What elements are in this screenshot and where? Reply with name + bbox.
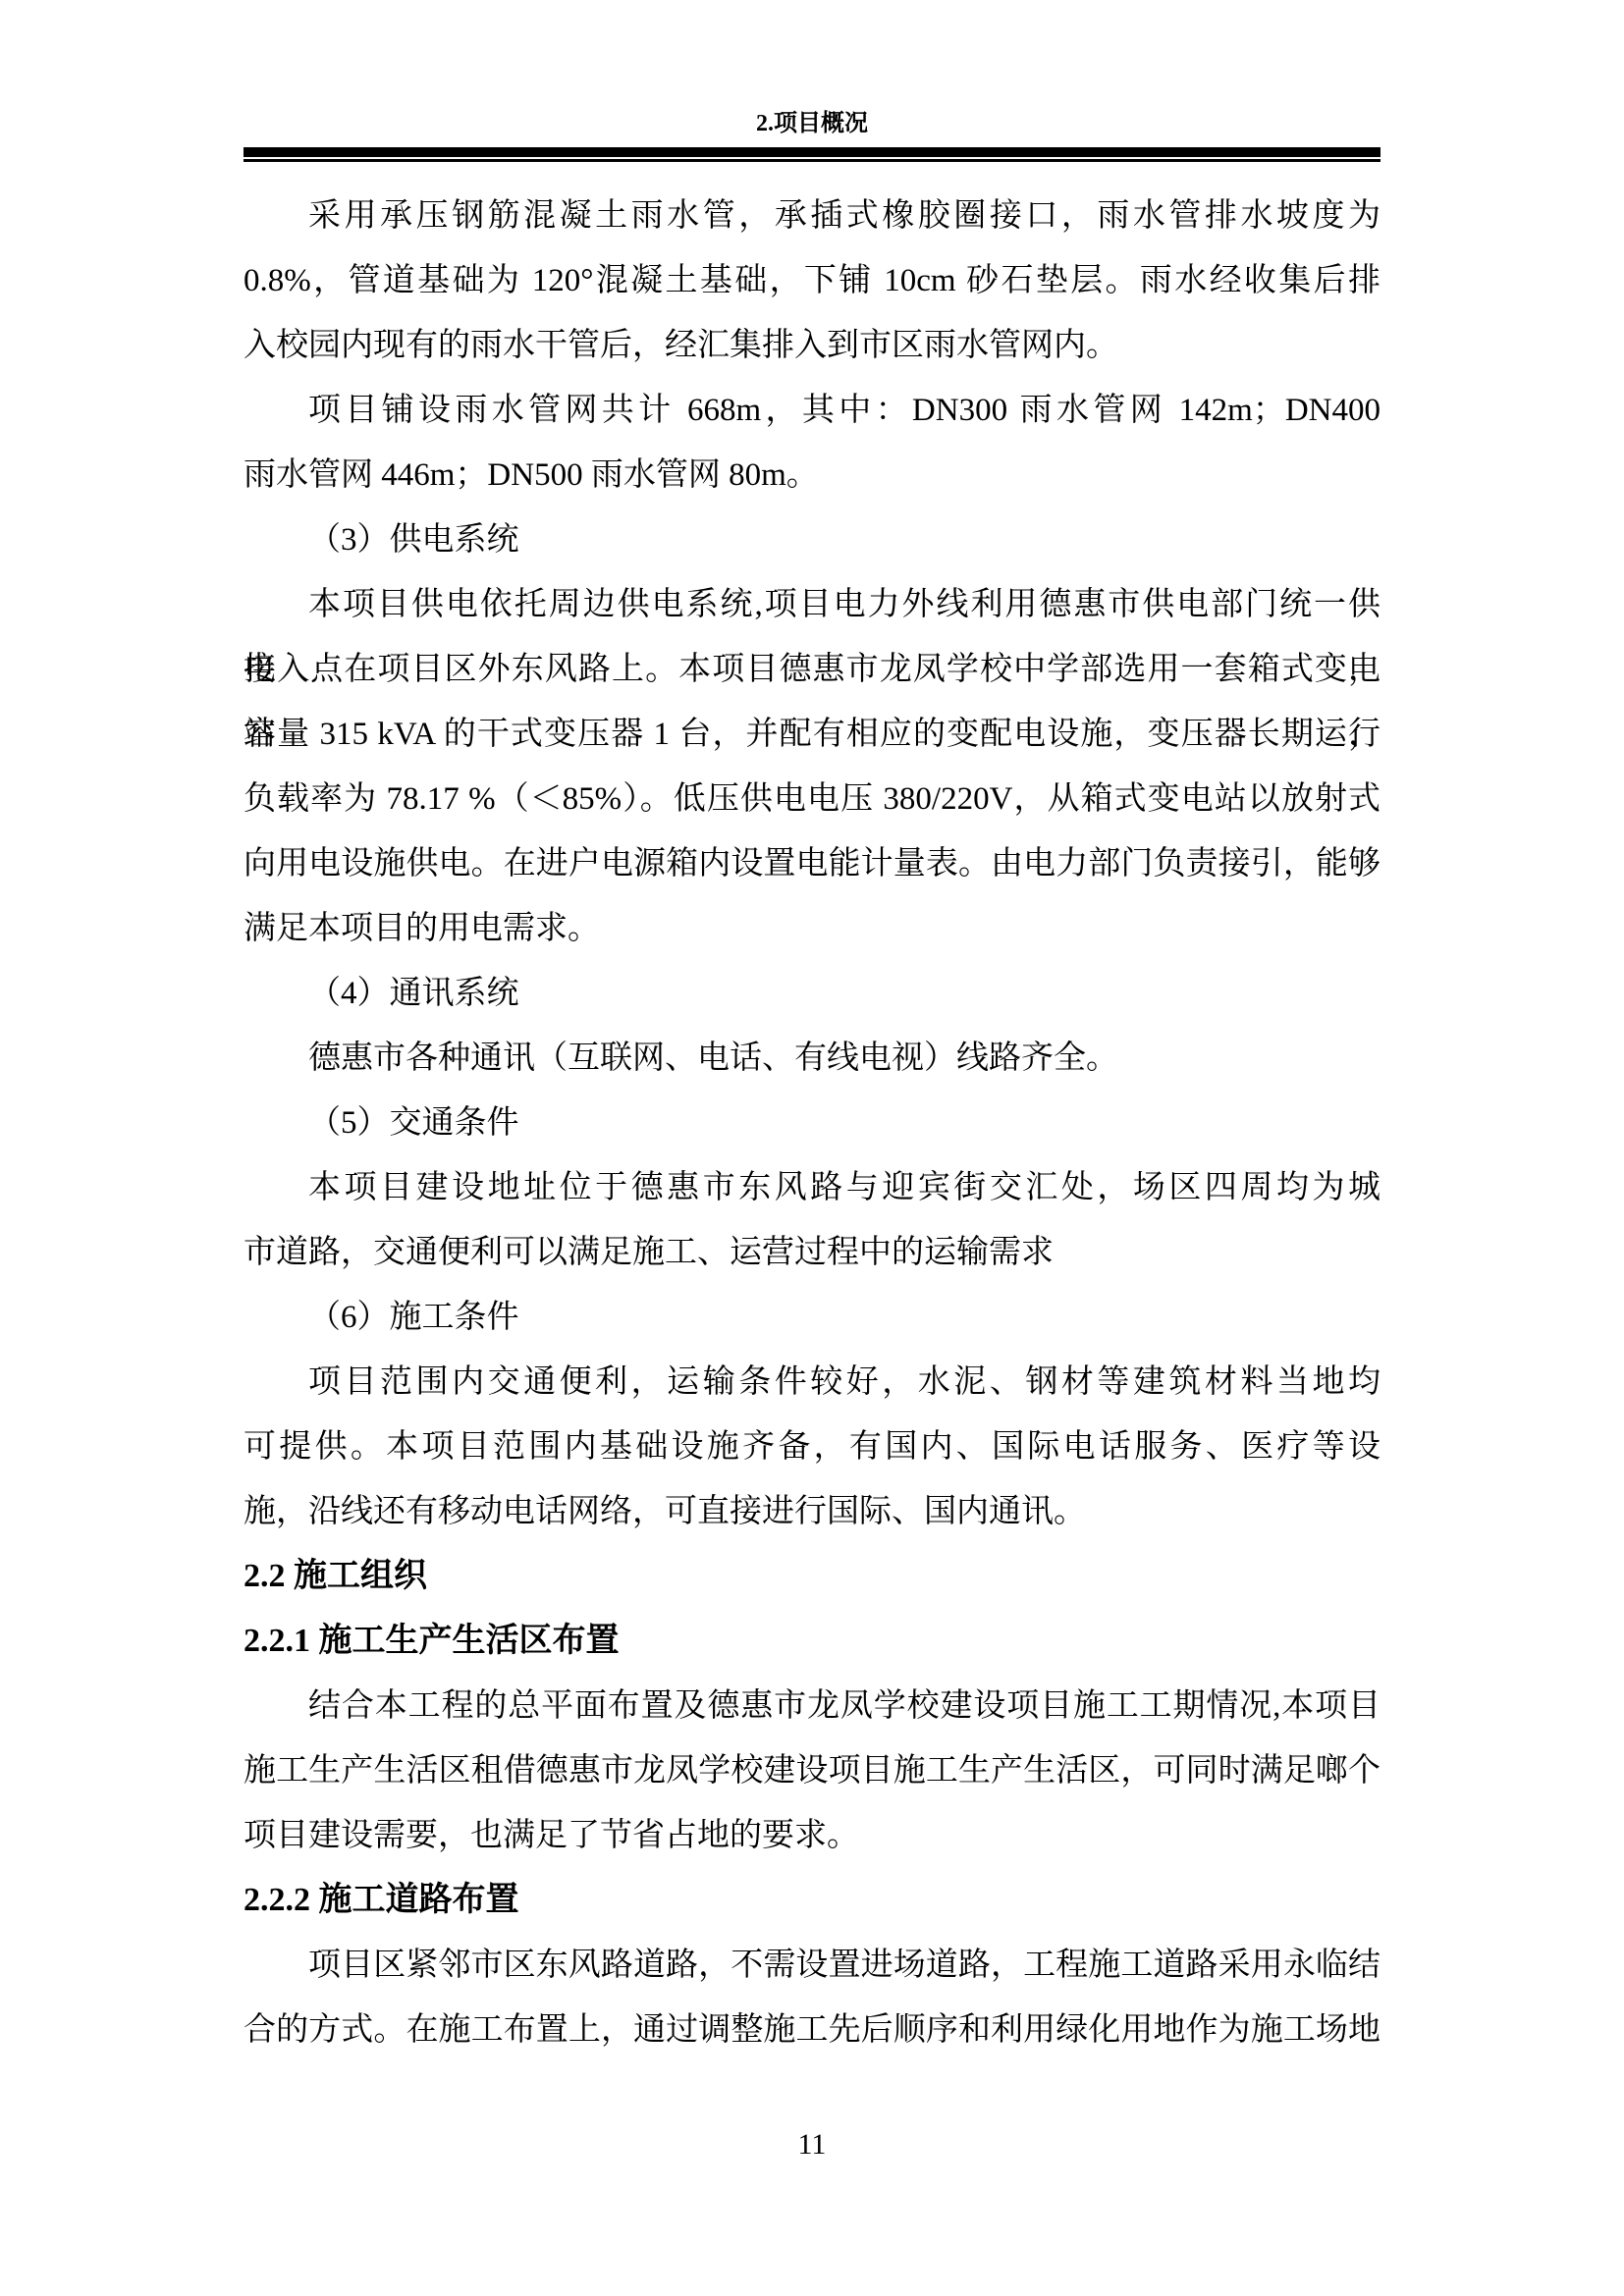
text-line: 负载率为 78.17 %（＜85%）。低压供电电压 380/220V，从箱式变电…: [244, 767, 1380, 831]
document-page: 2.项目概况 采用承压钢筋混凝土雨水管，承插式橡胶圈接口，雨水管排水坡度为0.8…: [0, 0, 1624, 2296]
text-line: 项目区紧邻市区东风路道路，不需设置进场道路，工程施工道路采用永临结: [244, 1933, 1380, 1998]
text-line: 结合本工程的总平面布置及德惠市龙凤学校建设项目施工工期情况,本项目: [244, 1674, 1380, 1738]
text-line: 满足本项目的用电需求。: [244, 896, 1380, 961]
text-line: 施，沿线还有移动电话网络，可直接进行国际、国内通讯。: [244, 1479, 1380, 1544]
text-line: 向用电设施供电。在进户电源箱内设置电能计量表。由电力部门负责接引，能够: [244, 831, 1380, 896]
text-line: 0.8%，管道基础为 120°混凝土基础，下铺 10cm 砂石垫层。雨水经收集后…: [244, 248, 1380, 313]
text-line: 2.2 施工组织: [244, 1544, 1380, 1609]
text-line: 入校园内现有的雨水干管后，经汇集排入到市区雨水管网内。: [244, 313, 1380, 378]
text-line: （4）通讯系统: [244, 961, 1380, 1026]
page-number: 11: [798, 2128, 827, 2161]
page-footer: 11: [0, 2125, 1624, 2164]
document-body: 采用承压钢筋混凝土雨水管，承插式橡胶圈接口，雨水管排水坡度为0.8%，管道基础为…: [244, 184, 1380, 2062]
header-rule: [244, 147, 1380, 162]
text-line: 合的方式。在施工布置上，通过调整施工先后顺序和利用绿化用地作为施工场地: [244, 1998, 1380, 2062]
text-line: 采用承压钢筋混凝土雨水管，承插式橡胶圈接口，雨水管排水坡度为: [244, 184, 1380, 248]
text-line: 市道路，交通便利可以满足施工、运营过程中的运输需求: [244, 1220, 1380, 1285]
text-line: 可提供。本项目范围内基础设施齐备，有国内、国际电话服务、医疗等设: [244, 1415, 1380, 1479]
text-line: 施工生产生活区租借德惠市龙凤学校建设项目施工生产生活区，可同时满足啷个: [244, 1738, 1380, 1803]
text-line: 项目范围内交通便利，运输条件较好，水泥、钢材等建筑材料当地均: [244, 1350, 1380, 1415]
text-line: 2.2.1 施工生产生活区布置: [244, 1609, 1380, 1674]
text-line: （6）施工条件: [244, 1285, 1380, 1350]
text-line: 容量 315 kVA 的干式变压器 1 台，并配有相应的变配电设施，变压器长期运…: [244, 702, 1380, 767]
text-line: 本项目建设地址位于德惠市东风路与迎宾街交汇处，场区四周均为城: [244, 1155, 1380, 1220]
text-line: 德惠市各种通讯（互联网、电话、有线电视）线路齐全。: [244, 1026, 1380, 1091]
text-line: 雨水管网 446m；DN500 雨水管网 80m。: [244, 443, 1380, 507]
text-line: 2.2.2 施工道路布置: [244, 1868, 1380, 1933]
text-line: （5）交通条件: [244, 1091, 1380, 1155]
page-header: 2.项目概况: [0, 106, 1624, 162]
text-line: （3）供电系统: [244, 507, 1380, 572]
text-line: 项目铺设雨水管网共计 668m，其中：DN300 雨水管网 142m；DN400: [244, 378, 1380, 443]
text-line: 本项目供电依托周边供电系统,项目电力外线利用德惠市供电部门统一供电，: [244, 572, 1380, 637]
text-line: 接入点在项目区外东风路上。本项目德惠市龙凤学校中学部选用一套箱式变电站，: [244, 637, 1380, 702]
page-header-title: 2.项目概况: [244, 106, 1380, 141]
text-line: 项目建设需要，也满足了节省占地的要求。: [244, 1803, 1380, 1868]
